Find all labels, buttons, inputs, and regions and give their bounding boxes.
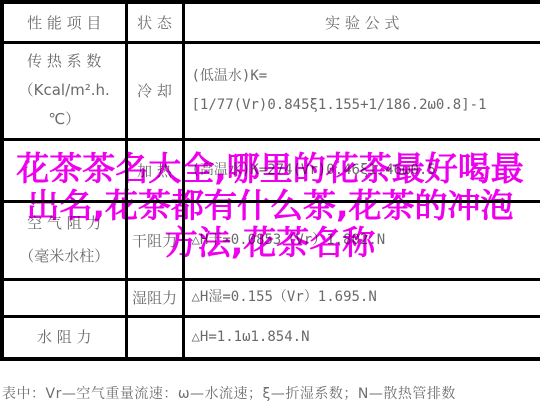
formula-line: △H干=0.0853（Vr）1.802.N [192, 226, 540, 255]
cell-status-cooling: 冷 却 [126, 42, 183, 139]
cell-air-resistance: 空 气 阻 力 （毫米水柱） [2, 201, 126, 279]
cell-line: 水 阻 力 [4, 323, 125, 352]
cell-heat-transfer-coefficient: 传 热 系 数 （Kcal/m².h. ℃） [2, 42, 126, 139]
cell-formula-wet-resistance: △H湿=0.155（Vr）1.695.N [183, 279, 540, 316]
table-header-row: 性 能 项 目 状 态 实 验 公 式 [2, 2, 540, 42]
cell-formula-water-resistance: △H=1.1ω1.854.N [183, 316, 540, 359]
cell-line: ℃） [4, 105, 125, 134]
cell-status-heating: 加 热 [126, 139, 183, 201]
cell-status-wet-resistance: 湿阻力 [126, 279, 183, 316]
cell-formula-cooling: (低温水)K= [1/77(Vr)0.845ξ1.155+1/186.2ω0.8… [183, 42, 540, 139]
performance-formula-table: 性 能 项 目 状 态 实 验 公 式 传 热 系 数 （Kcal/m².h. … [0, 0, 540, 361]
page: 性 能 项 目 状 态 实 验 公 式 传 热 系 数 （Kcal/m².h. … [0, 0, 540, 407]
formula-line: △H湿=0.155（Vr）1.695.N [192, 283, 540, 312]
header-experiment-formula: 实 验 公 式 [183, 2, 540, 42]
table-row-heating: 加 热 (高温水)K=274(Vr)0.46ξ1.46ω0.5 [2, 139, 540, 201]
cell-status-empty [126, 316, 183, 359]
header-status: 状 态 [126, 2, 183, 42]
table-footnote: 表中：Vr—空气重量流速：ω—水流速；ξ—折湿系数；N—散热管排数 [2, 383, 538, 403]
formula-line: [1/77(Vr)0.845ξ1.155+1/186.2ω0.8]-1 [192, 91, 540, 120]
formula-line: (低温水)K= [192, 62, 540, 91]
cell-line: （Kcal/m².h. [4, 76, 125, 105]
table-row-cooling: 传 热 系 数 （Kcal/m².h. ℃） 冷 却 (低温水)K= [1/77… [2, 42, 540, 139]
header-performance-item: 性 能 项 目 [2, 2, 126, 42]
formula-line: (高温水)K=274(Vr)0.46ξ1.46ω0.5 [192, 156, 540, 185]
cell-formula-heating: (高温水)K=274(Vr)0.46ξ1.46ω0.5 [183, 139, 540, 201]
table-row-dry-resistance: 空 气 阻 力 （毫米水柱） 干阻力 △H干=0.0853（Vr）1.802.N [2, 201, 540, 279]
cell-empty [2, 279, 126, 316]
cell-line: 传 热 系 数 [4, 47, 125, 76]
cell-water-resistance: 水 阻 力 [2, 316, 126, 359]
cell-formula-dry-resistance: △H干=0.0853（Vr）1.802.N [183, 201, 540, 279]
cell-empty [2, 139, 126, 201]
cell-line: 空 气 阻 力 [4, 207, 125, 240]
formula-line: △H=1.1ω1.854.N [192, 323, 540, 352]
table-row-wet-resistance: 湿阻力 △H湿=0.155（Vr）1.695.N [2, 279, 540, 316]
cell-status-dry-resistance: 干阻力 [126, 201, 183, 279]
table-row-water-resistance: 水 阻 力 △H=1.1ω1.854.N [2, 316, 540, 359]
cell-line: （毫米水柱） [4, 240, 125, 273]
